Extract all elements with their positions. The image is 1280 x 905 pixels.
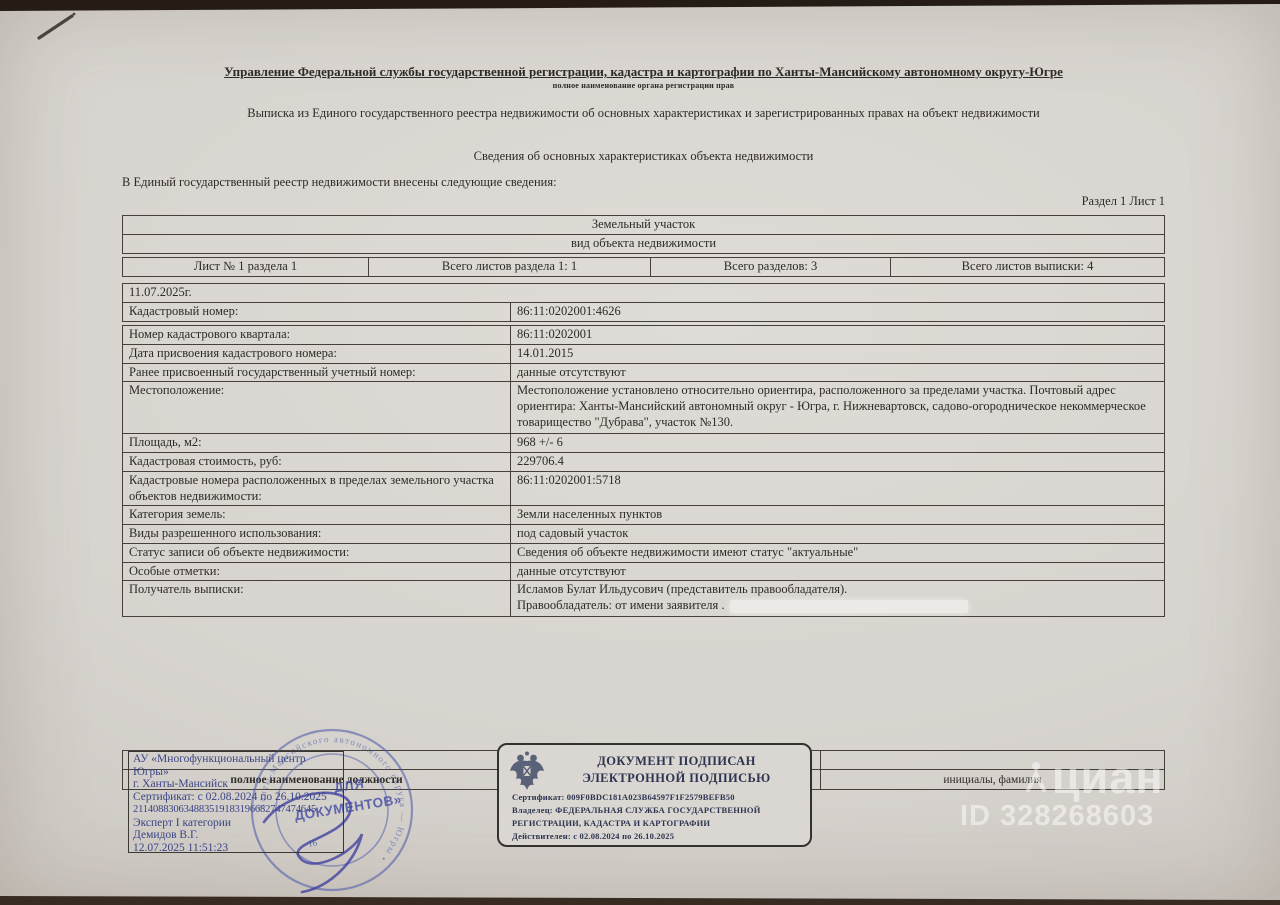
mfc-line: г. Ханты-Мансийск xyxy=(133,778,339,791)
table-row: Кадастровые номера расположенных в преде… xyxy=(123,471,1165,506)
detail-label: Кадастровая стоимость, руб: xyxy=(123,453,511,472)
table-row: Статус записи об объекте недвижимости: С… xyxy=(123,543,1165,562)
esignature-stamp: ДОКУМЕНТ ПОДПИСАН ЭЛЕКТРОННОЙ ПОДПИСЬЮ С… xyxy=(497,743,812,847)
sheets-in-section-cell: Всего листов раздела 1: 1 xyxy=(369,258,651,277)
document-title: Выписка из Единого государственного реес… xyxy=(102,106,1185,121)
table-row: Категория земель: Земли населенных пункт… xyxy=(123,506,1165,525)
table-row: Получатель выписки: Исламов Булат Ильдус… xyxy=(123,581,1165,617)
esig-owner-line2: РЕГИСТРАЦИИ, КАДАСТРА И КАРТОГРАФИИ xyxy=(512,818,710,828)
mfc-line: Демидов В.Г. xyxy=(133,829,339,842)
watermark-id: ID 328268603 xyxy=(960,800,1154,833)
eagle-emblem-icon xyxy=(507,750,547,794)
mfc-stamp-box: АУ «Многофункциональный центр Югры» г. Х… xyxy=(128,751,344,853)
sheets-total-cell: Всего листов выписки: 4 xyxy=(891,258,1165,277)
table-row: Дата присвоения кадастрового номера: 14.… xyxy=(123,344,1165,363)
details-table: Номер кадастрового квартала: 86:11:02020… xyxy=(122,325,1165,617)
mfc-certificate-digits: 211408830634883519183196682747474645 xyxy=(133,804,339,817)
esig-owner-line1: Владелец: ФЕДЕРАЛЬНАЯ СЛУЖБА ГОСУДАРСТВЕ… xyxy=(512,805,761,815)
detail-label: Площадь, м2: xyxy=(123,434,511,453)
redaction-box xyxy=(730,600,968,613)
detail-value: данные отсутствуют xyxy=(511,363,1165,382)
date-cadastral-table: 11.07.2025г. Кадастровый номер: 86:11:02… xyxy=(122,283,1165,322)
table-row: Виды разрешенного использования: под сад… xyxy=(123,525,1165,544)
detail-value: Сведения об объекте недвижимости имеют с… xyxy=(511,543,1165,562)
sheets-info-table: Лист № 1 раздела 1 Всего листов раздела … xyxy=(122,257,1165,277)
detail-value: данные отсутствуют xyxy=(511,562,1165,581)
table-row: 11.07.2025г. xyxy=(123,284,1165,303)
scanned-page: Управление Федеральной службы государств… xyxy=(0,0,1280,905)
sheet-number-cell: Лист № 1 раздела 1 xyxy=(123,258,369,277)
registry-authority-text: Управление Федеральной службы государств… xyxy=(224,64,1063,79)
cian-logo-icon xyxy=(1024,760,1048,794)
detail-label: Статус записи об объекте недвижимости: xyxy=(123,543,511,562)
registry-authority-title: Управление Федеральной службы государств… xyxy=(122,64,1165,80)
detail-label: Номер кадастрового квартала: xyxy=(123,326,511,345)
detail-value: 14.01.2015 xyxy=(511,344,1165,363)
table-row: Кадастровый номер: 86:11:0202001:4626 xyxy=(123,302,1165,321)
detail-label: Местоположение: xyxy=(123,382,511,434)
detail-label: Виды разрешенного использования: xyxy=(123,525,511,544)
watermark: циан ID 328268603 xyxy=(950,752,1180,832)
recipient-line1: Исламов Булат Ильдусович (представитель … xyxy=(517,582,1158,598)
detail-label: Получатель выписки: xyxy=(123,581,511,617)
intro-line: В Единый государственный реестр недвижим… xyxy=(122,175,557,190)
table-row: Местоположение: Местоположение установле… xyxy=(123,382,1165,434)
table-row: Земельный участок xyxy=(123,216,1165,235)
detail-value: Исламов Булат Ильдусович (представитель … xyxy=(511,581,1165,617)
detail-label: Категория земель: xyxy=(123,506,511,525)
detail-value: Местоположение установлено относительно … xyxy=(511,382,1165,434)
object-type-caption: вид объекта недвижимости xyxy=(123,234,1165,253)
detail-label: Ранее присвоенный государственный учетны… xyxy=(123,363,511,382)
table-row: Лист № 1 раздела 1 Всего листов раздела … xyxy=(123,258,1165,277)
detail-value: 86:11:0202001:5718 xyxy=(511,471,1165,506)
table-row: Особые отметки: данные отсутствуют xyxy=(123,562,1165,581)
object-type-table: Земельный участок вид объекта недвижимос… xyxy=(122,215,1165,254)
mfc-line: Эксперт I категории xyxy=(133,817,339,830)
mfc-line: Югры» xyxy=(133,766,339,779)
detail-label: Кадастровые номера расположенных в преде… xyxy=(123,471,511,506)
watermark-brand: циан xyxy=(1052,752,1164,804)
table-row: вид объекта недвижимости xyxy=(123,234,1165,253)
section-title: Сведения об основных характеристиках объ… xyxy=(122,149,1165,164)
esig-title-line2: ЭЛЕКТРОННОЙ ПОДПИСЬЮ xyxy=(549,771,804,786)
esig-certificate: Сертификат: 009F0BDC181A023B64597F1F2579… xyxy=(512,792,735,802)
sections-total-cell: Всего разделов: 3 xyxy=(651,258,891,277)
registry-authority-caption: полное наименование органа регистрации п… xyxy=(122,81,1165,90)
detail-value: Земли населенных пунктов xyxy=(511,506,1165,525)
table-row: Кадастровая стоимость, руб: 229706.4 xyxy=(123,453,1165,472)
esig-validity: Действителен: с 02.08.2024 по 26.10.2025 xyxy=(512,831,674,841)
table-row: Номер кадастрового квартала: 86:11:02020… xyxy=(123,326,1165,345)
object-type-value: Земельный участок xyxy=(123,216,1165,235)
recipient-line2: Правообладатель: от имени заявителя . xyxy=(517,598,1158,614)
cadastral-number-label: Кадастровый номер: xyxy=(123,302,511,321)
detail-label: Дата присвоения кадастрового номера: xyxy=(123,344,511,363)
section-sheet-label: Раздел 1 Лист 1 xyxy=(965,194,1165,209)
table-row: Площадь, м2: 968 +/- 6 xyxy=(123,434,1165,453)
table-row: Ранее присвоенный государственный учетны… xyxy=(123,363,1165,382)
detail-value: 86:11:0202001 xyxy=(511,326,1165,345)
extract-date-cell: 11.07.2025г. xyxy=(123,284,1165,303)
detail-label: Особые отметки: xyxy=(123,562,511,581)
detail-value: 968 +/- 6 xyxy=(511,434,1165,453)
cadastral-number-value: 86:11:0202001:4626 xyxy=(511,302,1165,321)
detail-value: 229706.4 xyxy=(511,453,1165,472)
detail-value: под садовый участок xyxy=(511,525,1165,544)
mfc-line: Сертификат: с 02.08.2024 по 26.10.2025 xyxy=(133,791,339,804)
mfc-line: 12.07.2025 11:51:23 xyxy=(133,842,339,855)
esig-title-line1: ДОКУМЕНТ ПОДПИСАН xyxy=(549,754,804,769)
mfc-line: АУ «Многофункциональный центр xyxy=(133,753,339,766)
